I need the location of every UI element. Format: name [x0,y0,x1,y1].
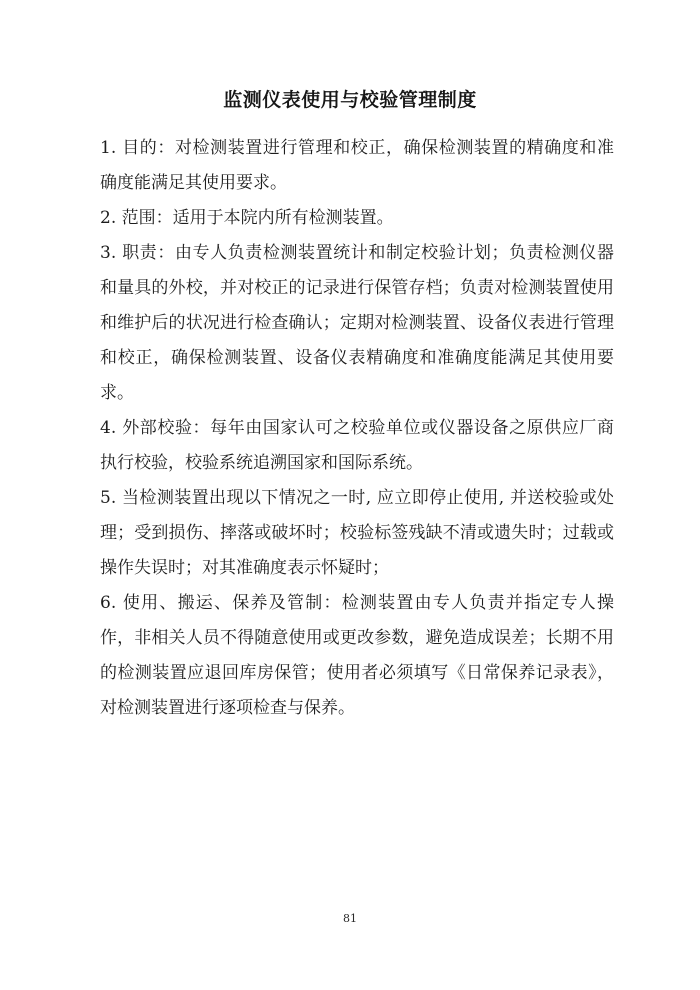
paragraph-scope: 2. 范围：适用于本院内所有检测装置。 [100,201,614,236]
paragraph-purpose: 1. 目的：对检测装置进行管理和校正，确保检测装置的精确度和准确度能满足其使用要… [100,131,614,201]
document-title: 监测仪表使用与校验管理制度 [0,89,700,112]
paragraph-stop-use-conditions: 5. 当检测装置出现以下情况之一时, 应立即停止使用, 并送校验或处理；受到损伤… [100,481,614,586]
paragraph-external-calibration: 4. 外部校验：每年由国家认可之校验单位或仪器设备之原供应厂商执行校验，校验系统… [100,411,614,481]
document-page: 监测仪表使用与校验管理制度 1. 目的：对检测装置进行管理和校正，确保检测装置的… [0,0,700,990]
document-body: 1. 目的：对检测装置进行管理和校正，确保检测装置的精确度和准确度能满足其使用要… [100,131,614,726]
page-number: 81 [0,912,700,925]
paragraph-responsibility: 3. 职责：由专人负责检测装置统计和制定校验计划；负责检测仪器和量具的外校，并对… [100,236,614,411]
paragraph-usage-maintenance: 6. 使用、搬运、保养及管制：检测装置由专人负责并指定专人操作，非相关人员不得随… [100,586,614,726]
